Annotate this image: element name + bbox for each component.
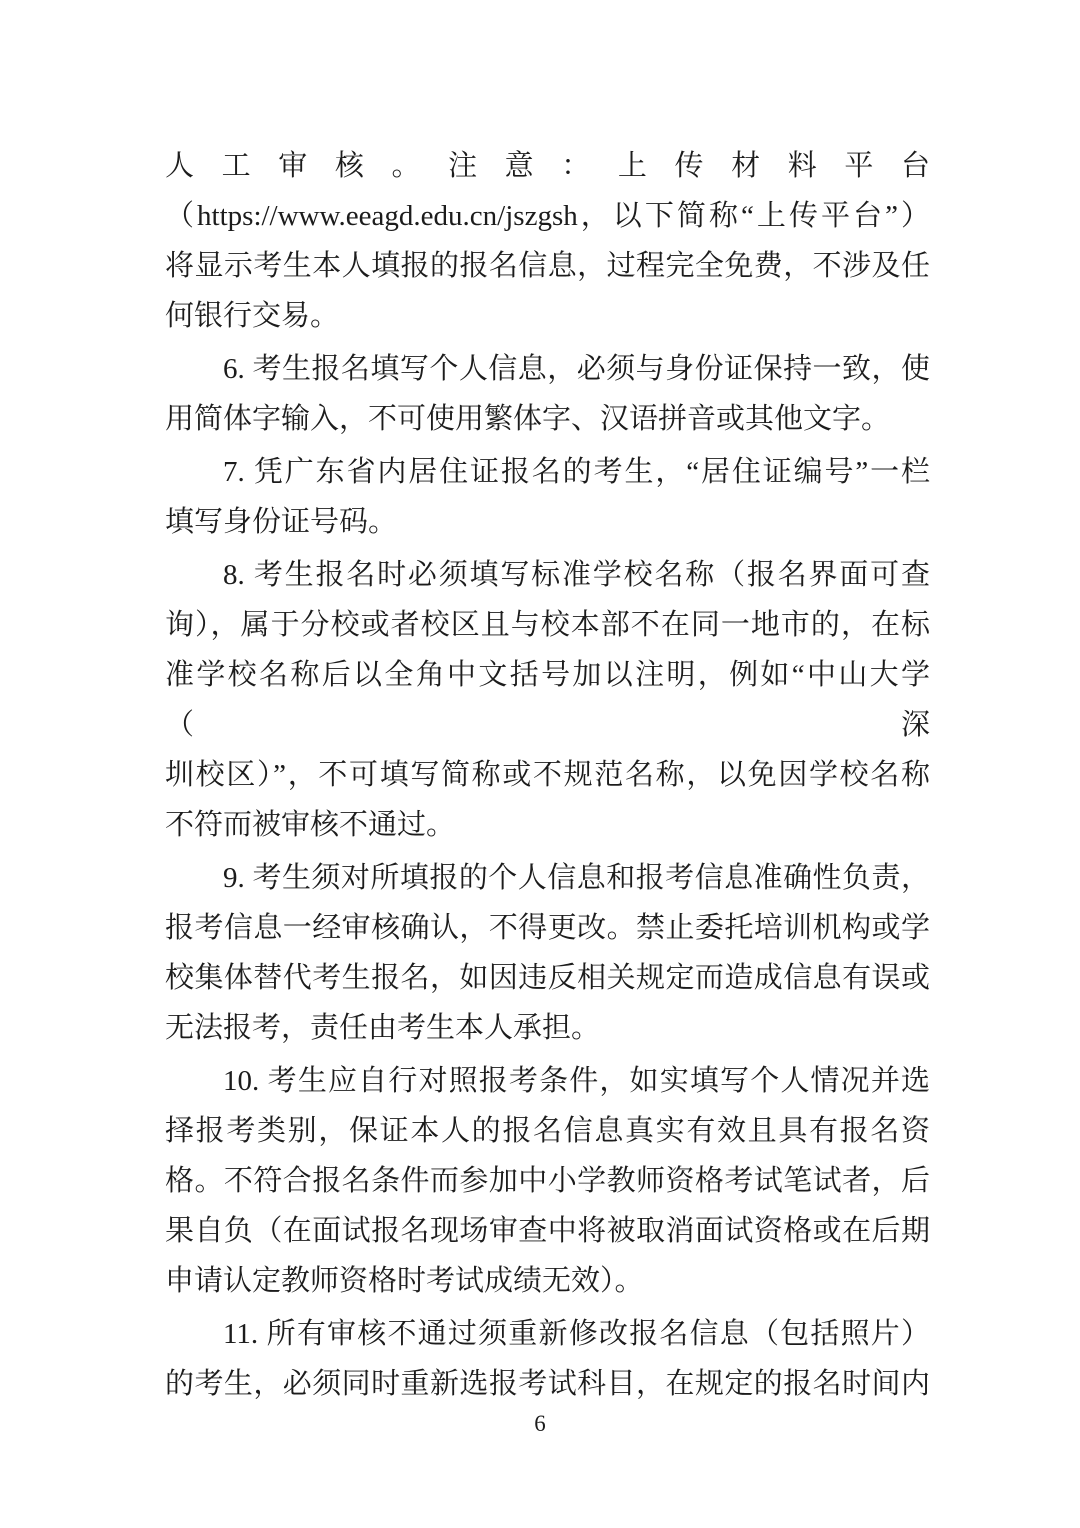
doc-line: 校集体替代考生报名，如因违反相关规定而造成信息有误或 <box>165 953 930 1003</box>
doc-line: 11. 所有审核不通过须重新修改报名信息（包括照片） <box>165 1309 930 1359</box>
doc-line: 格。不符合报名条件而参加中小学教师资格考试笔试者，后 <box>165 1156 930 1206</box>
doc-line: 准学校名称后以全角中文括号加以注明，例如“中山大学（深 <box>165 650 930 750</box>
doc-line: 报考信息一经审核确认，不得更改。禁止委托培训机构或学 <box>165 903 930 953</box>
doc-line: 的考生，必须同时重新选报考试科目，在规定的报名时间内 <box>165 1359 930 1409</box>
document-body: 人工审核。注意：上传材料平台 （https://www.eeagd.edu.cn… <box>165 141 930 1409</box>
doc-line: 9. 考生须对所填报的个人信息和报考信息准确性负责， <box>165 853 930 903</box>
doc-line: 用简体字输入，不可使用繁体字、汉语拼音或其他文字。 <box>165 394 930 444</box>
doc-line: 果自负（在面试报名现场审查中将被取消面试资格或在后期 <box>165 1206 930 1256</box>
doc-line: 人工审核。注意：上传材料平台 <box>165 141 930 191</box>
doc-line: 无法报考，责任由考生本人承担。 <box>165 1003 930 1053</box>
doc-line: 10. 考生应自行对照报考条件，如实填写个人情况并选 <box>165 1056 930 1106</box>
doc-line: 申请认定教师资格时考试成绩无效）。 <box>165 1256 930 1306</box>
document-page: 人工审核。注意：上传材料平台 （https://www.eeagd.edu.cn… <box>0 0 1080 1528</box>
page-number: 6 <box>0 1408 1080 1440</box>
doc-line: 圳校区）”，不可填写简称或不规范名称，以免因学校名称 <box>165 750 930 800</box>
doc-line: 7. 凭广东省内居住证报名的考生，“居住证编号”一栏 <box>165 447 930 497</box>
doc-line: 填写身份证号码。 <box>165 497 930 547</box>
doc-line: 何银行交易。 <box>165 291 930 341</box>
doc-line: （https://www.eeagd.edu.cn/jszgsh，以下简称“上传… <box>165 191 930 241</box>
doc-line: 不符而被审核不通过。 <box>165 800 930 850</box>
doc-line: 6. 考生报名填写个人信息，必须与身份证保持一致，使 <box>165 344 930 394</box>
doc-line: 将显示考生本人填报的报名信息，过程完全免费，不涉及任 <box>165 241 930 291</box>
doc-line: 询），属于分校或者校区且与校本部不在同一地市的，在标 <box>165 600 930 650</box>
doc-line: 8. 考生报名时必须填写标准学校名称（报名界面可查 <box>165 550 930 600</box>
doc-line: 择报考类别，保证本人的报名信息真实有效且具有报名资 <box>165 1106 930 1156</box>
